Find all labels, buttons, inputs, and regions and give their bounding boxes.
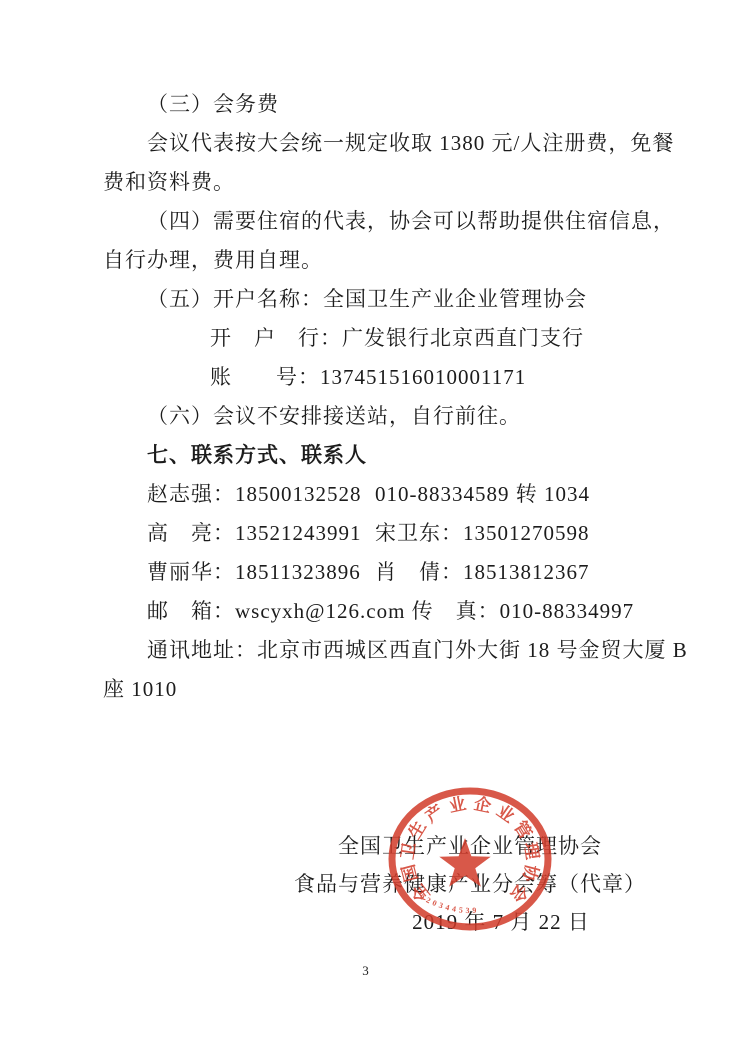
bank-line: 开 户 行：广发银行北京西直门支行 [103, 319, 655, 358]
lodging-paragraph-line1: （四）需要住宿的代表，协会可以帮助提供住宿信息， [103, 202, 655, 241]
section-fee-heading: （三）会务费 [103, 85, 655, 124]
contact-name-phone: 赵志强：18500132528 [147, 475, 375, 514]
contact-name-phone: 肖 倩：18513812367 [375, 553, 590, 592]
address-line2: 座 1010 [103, 670, 655, 709]
signature-block: 全国卫生产业企业管理协会 食品与营养健康产业分会筹（代章） 2019 年 7 月… [285, 827, 655, 941]
contact-name-phone: 宋卫东：13501270598 [375, 514, 590, 553]
email-fax-line: 邮 箱：wscyxh@126.com 传 真：010-88334997 [103, 592, 655, 631]
signature-org-line1: 全国卫生产业企业管理协会 [285, 827, 655, 865]
page-number: 3 [0, 963, 731, 979]
seal-ring-char: 产 [422, 800, 447, 826]
document-page: （三）会务费 会议代表按大会统一规定收取 1380 元/人注册费，免餐 费和资料… [0, 0, 745, 1053]
contact-row: 赵志强：18500132528 010-88334589 转 1034 [103, 475, 655, 514]
signature-date: 2019 年 7 月 22 日 [285, 903, 655, 941]
document-body: （三）会务费 会议代表按大会统一规定收取 1380 元/人注册费，免餐 费和资料… [103, 85, 655, 709]
fee-paragraph-line2: 费和资料费。 [103, 163, 655, 202]
contact-name-phone: 曹丽华：18511323896 [147, 553, 375, 592]
fee-paragraph-line1: 会议代表按大会统一规定收取 1380 元/人注册费，免餐 [103, 124, 655, 163]
seal-ring-char: 企 [472, 793, 493, 816]
account-number-line: 账 号：137451516010001171 [103, 358, 655, 397]
seal-ring-char: 业 [447, 794, 467, 816]
contact-phone-alt: 010-88334589 转 1034 [375, 475, 590, 514]
seal-ring-char: 业 [493, 801, 518, 826]
contact-row: 曹丽华：18511323896 肖 倩：18513812367 [103, 553, 655, 592]
account-name-line: （五）开户名称：全国卫生产业企业管理协会 [103, 280, 655, 319]
lodging-paragraph-line2: 自行办理，费用自理。 [103, 241, 655, 280]
contact-row: 高 亮：13521243991 宋卫东：13501270598 [103, 514, 655, 553]
contact-name-phone: 高 亮：13521243991 [147, 514, 375, 553]
address-line1: 通讯地址：北京市西城区西直门外大街 18 号金贸大厦 B [103, 631, 655, 670]
shuttle-line: （六）会议不安排接送站，自行前往。 [103, 397, 655, 436]
contacts-heading: 七、联系方式、联系人 [103, 436, 655, 475]
signature-org-line2: 食品与营养健康产业分会筹（代章） [285, 865, 655, 903]
